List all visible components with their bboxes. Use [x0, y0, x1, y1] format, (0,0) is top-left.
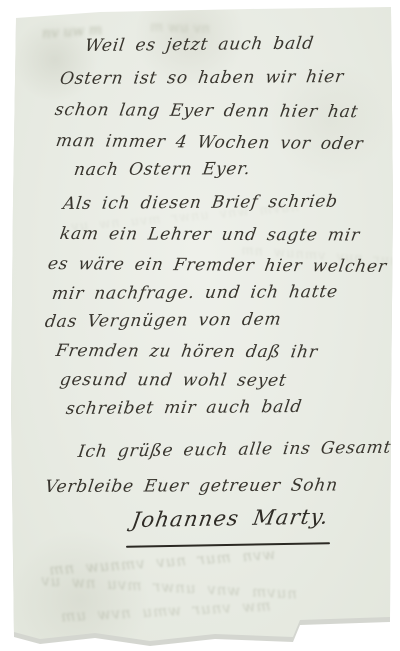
- letter-line: schreibet mir auch bald: [65, 397, 304, 419]
- letter-line: Ostern ist so haben wir hier: [59, 67, 346, 89]
- bleedthrough-line: mw vnur wmu nvw um: [60, 596, 271, 625]
- letter-line: das Vergnügen von dem: [44, 310, 283, 332]
- letter-line: Ich grüße euch alle ins Gesamt: [77, 438, 393, 462]
- letter-line: Verbleibe Euer getreuer Sohn: [44, 475, 340, 497]
- letter-line: Fremden zu hören daß ihr: [55, 341, 320, 362]
- letter-line: schon lang Eyer denn hier hat: [54, 100, 360, 122]
- signature: Johannes Marty.: [130, 505, 331, 532]
- letter-line: man immer 4 Wochen vor oder: [54, 131, 364, 154]
- letter-line: gesund und wohl seyet: [59, 370, 288, 391]
- signature-underline: [126, 542, 330, 548]
- letter-line: mir nachfrage. und ich hatte: [51, 282, 340, 304]
- letter-paper: nv uw m nv uw m Weil es jetzt auch bald …: [0, 0, 400, 651]
- letter-line: nach Ostern Eyer.: [73, 159, 252, 180]
- letter-line: Weil es jetzt auch bald: [84, 34, 316, 56]
- scanned-letter-page: nv uw m nv uw m Weil es jetzt auch bald …: [0, 0, 400, 651]
